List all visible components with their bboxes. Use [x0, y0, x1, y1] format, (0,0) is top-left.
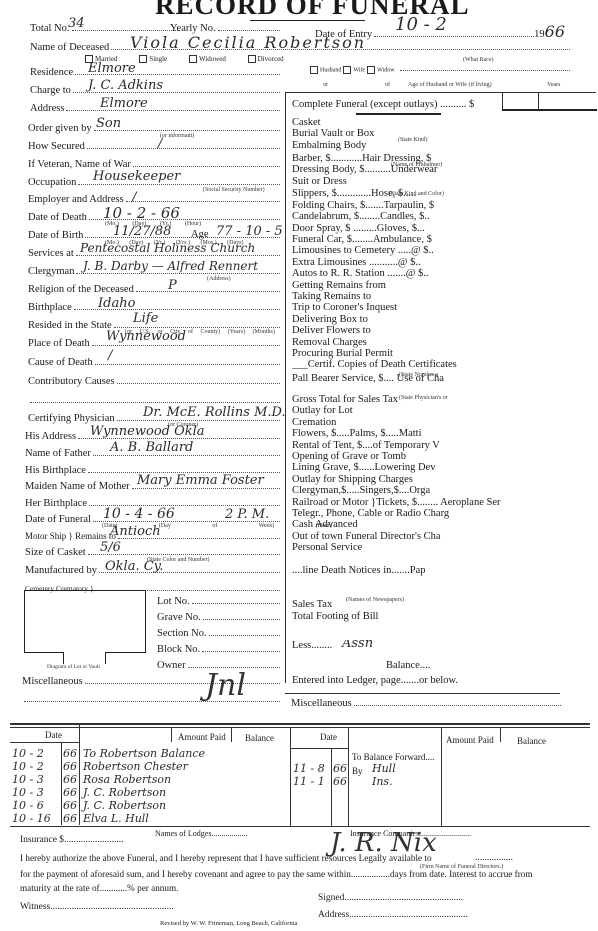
by-label: By — [352, 766, 363, 776]
clergyman-field: Clergyman J. B. Darby — Alfred Rennert — [28, 265, 280, 277]
charge-item: ....line Death Notices in.......Pap — [292, 565, 592, 576]
charge-item: Casket — [292, 117, 592, 128]
charge-to-field: Charge to J. C. Adkins — [30, 84, 280, 96]
charge-item: Getting Remains from — [292, 280, 592, 291]
maiden-name-field: Maiden Name of Mother Mary Emma Foster — [25, 480, 280, 492]
diagram-caption: Diagram of Lot or Vault — [47, 664, 100, 670]
birthplace-value: Idaho — [98, 296, 135, 311]
certifying-physician-field: Certifying Physician Dr. McE. Rollins M.… — [28, 412, 280, 424]
ledger-row-year: 66 — [63, 747, 77, 760]
section-no-field: Section No. — [157, 627, 280, 639]
manufactured-by-field: Manufactured by Okla. Cy. — [25, 564, 280, 576]
ledger-row-date: 10 - 16 — [12, 812, 51, 825]
occupation-value: Housekeeper — [93, 169, 180, 184]
ledger-row-date: 11 - 8 — [293, 762, 325, 775]
name-of-deceased-value: Viola Cecilia Robertson — [130, 33, 366, 52]
ledger-row-year: 66 — [63, 799, 77, 812]
ledger-left-balance-header: Balance — [245, 733, 274, 743]
less-value: Assn — [342, 640, 373, 651]
spouse-or: or — [323, 82, 328, 88]
charge-item: Cremation — [292, 417, 592, 428]
ledger-row-description: To Robertson Balance — [83, 747, 205, 760]
maiden-name-value: Mary Emma Foster — [137, 473, 264, 488]
balance-line: Balance.... — [386, 660, 598, 671]
charge-item: Burial Vault or Box — [292, 128, 592, 139]
date-of-funeral-value: 10 - 4 - 66 — [103, 506, 175, 522]
ledger-right-date-header: Date — [320, 732, 337, 742]
ledger-row-date: 10 - 3 — [12, 786, 44, 799]
checkbox-single[interactable] — [139, 55, 147, 63]
residence-field: Residence Elmore — [30, 66, 280, 78]
charge-item: Clergyman,$.....Singers,$....Orga — [292, 485, 592, 496]
authorization-line-2: for the payment of aforesaid sum, and I … — [20, 869, 533, 879]
informant-caption: (or informant) — [160, 133, 194, 139]
year-value: 66 — [545, 22, 565, 41]
name-of-father-value: A. B. Ballard — [110, 440, 193, 455]
charge-item: Rental of Tent, $....of Temporary V — [292, 440, 592, 451]
charge-item: Limousines to Cemetery .....@ $.. — [292, 245, 592, 256]
charge-item: ___Certif. Copies of Death Certificates — [292, 359, 592, 370]
services-at-value: Pentecostal Holiness Church — [80, 241, 255, 255]
charge-item: Folding Chairs, $.......Tarpaulin, $ — [292, 200, 592, 211]
charge-item: Taking Remains to — [292, 291, 592, 302]
charge-item: Opening of Grave or Tomb — [292, 451, 592, 462]
checkbox-widow[interactable] — [367, 66, 375, 74]
maturity-line: maturity at the rate of............% per… — [20, 883, 178, 893]
race-caption: (What Race) — [463, 57, 493, 63]
order-given-by-field: Order given by Son — [28, 122, 280, 134]
checkbox-divorced[interactable] — [248, 55, 256, 63]
charge-item: Candelabrum, $........Candles, $.. — [292, 211, 592, 222]
charge-item: Suit or Dress — [292, 176, 592, 187]
lot-no-field: Lot No. — [157, 595, 280, 607]
ledger-right-amount-header: Amount Paid — [446, 735, 494, 745]
residence-value: Elmore — [88, 61, 136, 76]
spouse-options: HusbandWifeWidow — [310, 66, 395, 74]
clergyman-value: J. B. Darby — Alfred Rennert — [83, 259, 258, 273]
signature-mark: Jnl — [205, 668, 246, 703]
charge-item: Delivering Box to — [292, 314, 592, 325]
charge-item: Outlay for Lot — [292, 405, 592, 416]
charge-item: Cash Advanced — [292, 519, 592, 530]
firm-caption: (Firm Name of Funeral Directors.) — [420, 864, 503, 870]
director-signature: J. R. Nix — [330, 828, 437, 858]
ledger-row-date: 10 - 2 — [12, 760, 44, 773]
charge-item: Embalming Body — [292, 140, 592, 151]
ledger-row-date: 10 - 6 — [12, 799, 44, 812]
place-of-death-value: Wynnewood — [106, 329, 186, 344]
date-of-death-value: 10 - 2 - 66 — [103, 204, 180, 222]
name-of-father-field: Name of Father A. B. Ballard — [25, 447, 280, 459]
charge-item: Railroad or Motor }Tickets, $........ Ae… — [292, 497, 592, 508]
age-value: 77 - 10 - 5 — [216, 224, 283, 239]
charge-item: Trip to Coroner's Inquest — [292, 302, 592, 313]
charge-item: Lining Grave, $......Lowering Dev — [292, 462, 592, 473]
contributory-causes-field: Contributory Causes — [28, 375, 280, 387]
witness-field: Witness.................................… — [20, 902, 174, 912]
less-line: Less........ Assn — [292, 640, 592, 651]
ledger-row-desc: Ins. — [372, 775, 393, 788]
ledger-row-desc: Hull — [372, 762, 396, 775]
ledger-row-yr: 66 — [333, 762, 347, 775]
charge-item: Total Footing of Bill — [292, 611, 592, 622]
name-of-deceased-field: Name of Deceased Viola Cecilia Robertson — [30, 41, 570, 53]
checkbox-widowed[interactable] — [189, 55, 197, 63]
remains-to-value: Antioch — [110, 524, 161, 539]
manufactured-by-value: Okla. Cy. — [105, 559, 163, 574]
ledger-row-date: 10 - 2 — [12, 747, 44, 760]
years-caption: Years — [547, 82, 560, 88]
charge-item: Deliver Flowers to — [292, 325, 592, 336]
age-spouse-caption: Age of Husband or Wife (if living) — [408, 82, 492, 88]
place-of-death-field: Place of Death Wynnewood — [28, 337, 280, 349]
ledger-row-date: 11 - 1 — [293, 775, 325, 788]
insurance-field: Insurance $......................... — [20, 835, 123, 845]
ledger-right-balance-header: Balance — [517, 736, 546, 746]
charge-item: Pall Bearer Service, $.... Use of Cha — [292, 373, 592, 384]
ledger-row-description: J. C. Robertson — [83, 799, 166, 812]
ledger-row-year: 66 — [63, 760, 77, 773]
charge-item: Removal Charges — [292, 337, 592, 348]
charge-item: Personal Service — [292, 542, 592, 553]
signed-field: Signed..................................… — [318, 893, 463, 903]
remains-to-field: Motor Ship } Remains to Antioch — [25, 530, 280, 541]
charge-item: Sales Tax — [292, 599, 592, 610]
how-secured-field: How Secured / — [28, 140, 280, 152]
certifying-physician-value: Dr. McE. Rollins M.D. — [143, 405, 286, 420]
ledger-row-year: 66 — [63, 812, 77, 825]
date-of-entry-value: 10 - 2 — [395, 14, 447, 35]
ledger-left-amount-header: Amount Paid — [178, 732, 226, 742]
ledger-row-description: Elva L. Hull — [83, 812, 149, 825]
charge-item: Autos to R. R. Station .......@ $.. — [292, 268, 592, 279]
ledger-row-yr: 66 — [333, 775, 347, 788]
address-field: Address Elmore — [30, 102, 280, 114]
address-value: Elmore — [100, 96, 148, 111]
checkbox-husband[interactable] — [310, 66, 318, 74]
block-no-field: Block No. — [157, 643, 280, 655]
balance-forward: To Balance Forward.... — [352, 752, 434, 762]
revised-by: Revised by W. W. Frineman, Long Beach, C… — [160, 920, 297, 927]
ledger-row-description: Robertson Chester — [83, 760, 188, 773]
ledger-row-year: 66 — [63, 786, 77, 799]
charge-item: Procuring Burial Permit — [292, 348, 592, 359]
services-at-field: Services at Pentecostal Holiness Church — [28, 247, 280, 259]
charge-item: Telegr., Phone, Cable or Radio Charg — [292, 508, 592, 519]
lodges-field: Names of Lodges.................. — [155, 829, 247, 838]
ledger-row-date: 10 - 3 — [12, 773, 44, 786]
date-of-birth-value: 11/27/88 — [113, 224, 171, 239]
ledger-row-description: J. C. Robertson — [83, 786, 166, 799]
spouse-of: of — [385, 82, 390, 88]
charge-item: Door Spray, $ .........Gloves, $... — [292, 223, 592, 234]
ledger-row-year: 66 — [63, 773, 77, 786]
cause-of-death-field: Cause of Death / — [28, 356, 280, 368]
total-no-value: 34 — [68, 16, 85, 31]
charge-item: Flowers, $.....Palms, $.....Matti — [292, 428, 592, 439]
ledger-row-description: Rosa Robertson — [83, 773, 171, 786]
charge-to-value: J. C. Adkins — [88, 78, 163, 93]
miscellaneous-right-field: Miscellaneous — [291, 697, 561, 709]
charge-item: Outlay for Shipping Charges — [292, 474, 592, 485]
title-rule — [250, 20, 365, 21]
address-footer-field: Address.................................… — [318, 910, 468, 920]
ledger-left-date-header: Date — [45, 730, 62, 740]
checkbox-wife[interactable] — [343, 66, 351, 74]
charge-item: Extra Limousines ...........@ $.. — [292, 257, 592, 268]
charge-item: Out of town Funeral Director's Cha — [292, 531, 592, 542]
contributory-causes-line-2 — [28, 394, 280, 403]
ledger-entry-line: Entered into Ledger, page.......or below… — [292, 675, 592, 686]
spouse-line — [400, 70, 570, 71]
charges-panel: Complete Funeral (except outlays) ......… — [285, 92, 596, 683]
religion-field: Religion of the Deceased P — [28, 283, 280, 295]
grave-no-field: Grave No. — [157, 611, 280, 623]
funeral-hour-value: 2 P. M. — [225, 507, 269, 522]
charge-item: Funeral Car, $........Ambulance, $ — [292, 234, 592, 245]
order-given-by-value: Son — [96, 116, 121, 131]
lot-diagram — [24, 590, 146, 653]
